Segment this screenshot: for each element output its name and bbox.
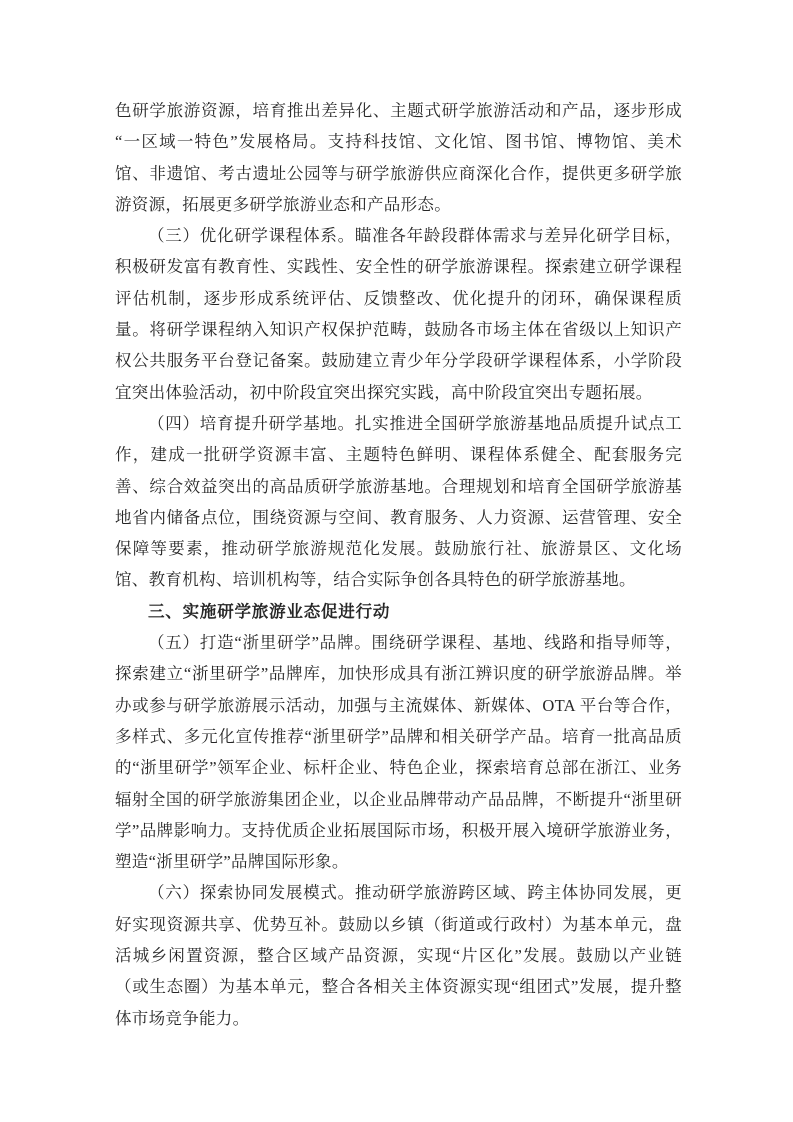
paragraph-item-4: （四）培育提升研学基地。扎实推进全国研学旅游基地品质提升试点工作，建成一批研学资…: [115, 408, 682, 596]
paragraph-continuation: 色研学旅游资源，培育推出差异化、主题式研学旅游活动和产品，逐步形成“一区域一特色…: [115, 95, 682, 220]
paragraph-item-3: （三）优化研学课程体系。瞄准各年龄段群体需求与差异化研学目标，积极研发富有教育性…: [115, 220, 682, 408]
paragraph-item-5: （五）打造“浙里研学”品牌。围绕研学课程、基地、线路和指导师等，探索建立“浙里研…: [115, 627, 682, 877]
paragraph-item-6: （六）探索协同发展模式。推动研学旅游跨区域、跨主体协同发展，更好实现资源共享、优…: [115, 877, 682, 1033]
document-page: 色研学旅游资源，培育推出差异化、主题式研学旅游活动和产品，逐步形成“一区域一特色…: [0, 0, 793, 1122]
section-heading-3: 三、实施研学旅游业态促进行动: [115, 596, 682, 627]
